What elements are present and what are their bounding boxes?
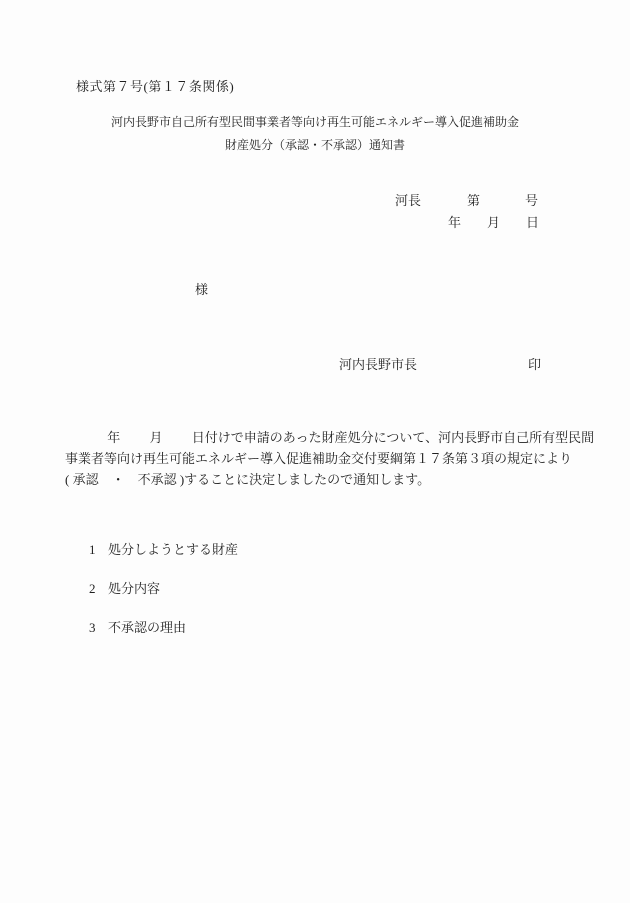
doc-number-go: 号: [525, 194, 538, 209]
item-1-label: 処分しようとする財産: [108, 542, 238, 557]
list-item-3: 3不承認の理由: [76, 606, 186, 651]
document-title-line1: 河内長野市自己所有型民間事業者等向け再生可能エネルギー導入促進補助金: [0, 116, 630, 130]
body-line-2: 事業者等向け再生可能エネルギー導入促進補助金交付要綱第１７条第３項の規定により: [65, 452, 572, 467]
date-month-label: 月: [487, 216, 500, 231]
issuer-name: 河内長野市長: [339, 358, 417, 373]
doc-number-prefix: 河長: [395, 194, 421, 209]
item-3-label: 不承認の理由: [108, 620, 186, 635]
addressee-sama: 様: [195, 283, 208, 298]
form-number: 様式第７号(第１７条関係): [76, 80, 234, 95]
body-line-3: ( 承認 ・ 不承認 )することに決定しましたので通知します。: [65, 473, 430, 488]
date-day-label: 日: [526, 216, 539, 231]
item-2-number: 2: [89, 582, 108, 597]
item-3-number: 3: [89, 621, 108, 636]
body-line-1: 年 月 日付けで申請のあった財産処分について、河内長野市自己所有型民間: [65, 431, 594, 446]
doc-number-dai: 第: [467, 194, 480, 209]
document-page: 様式第７号(第１７条関係) 河内長野市自己所有型民間事業者等向け再生可能エネルギ…: [0, 0, 630, 903]
item-2-label: 処分内容: [108, 581, 160, 596]
document-title-line2: 財産処分（承認・不承認）通知書: [0, 139, 630, 153]
date-year-label: 年: [448, 216, 461, 231]
item-1-number: 1: [89, 543, 108, 558]
seal-mark: 印: [528, 358, 541, 373]
